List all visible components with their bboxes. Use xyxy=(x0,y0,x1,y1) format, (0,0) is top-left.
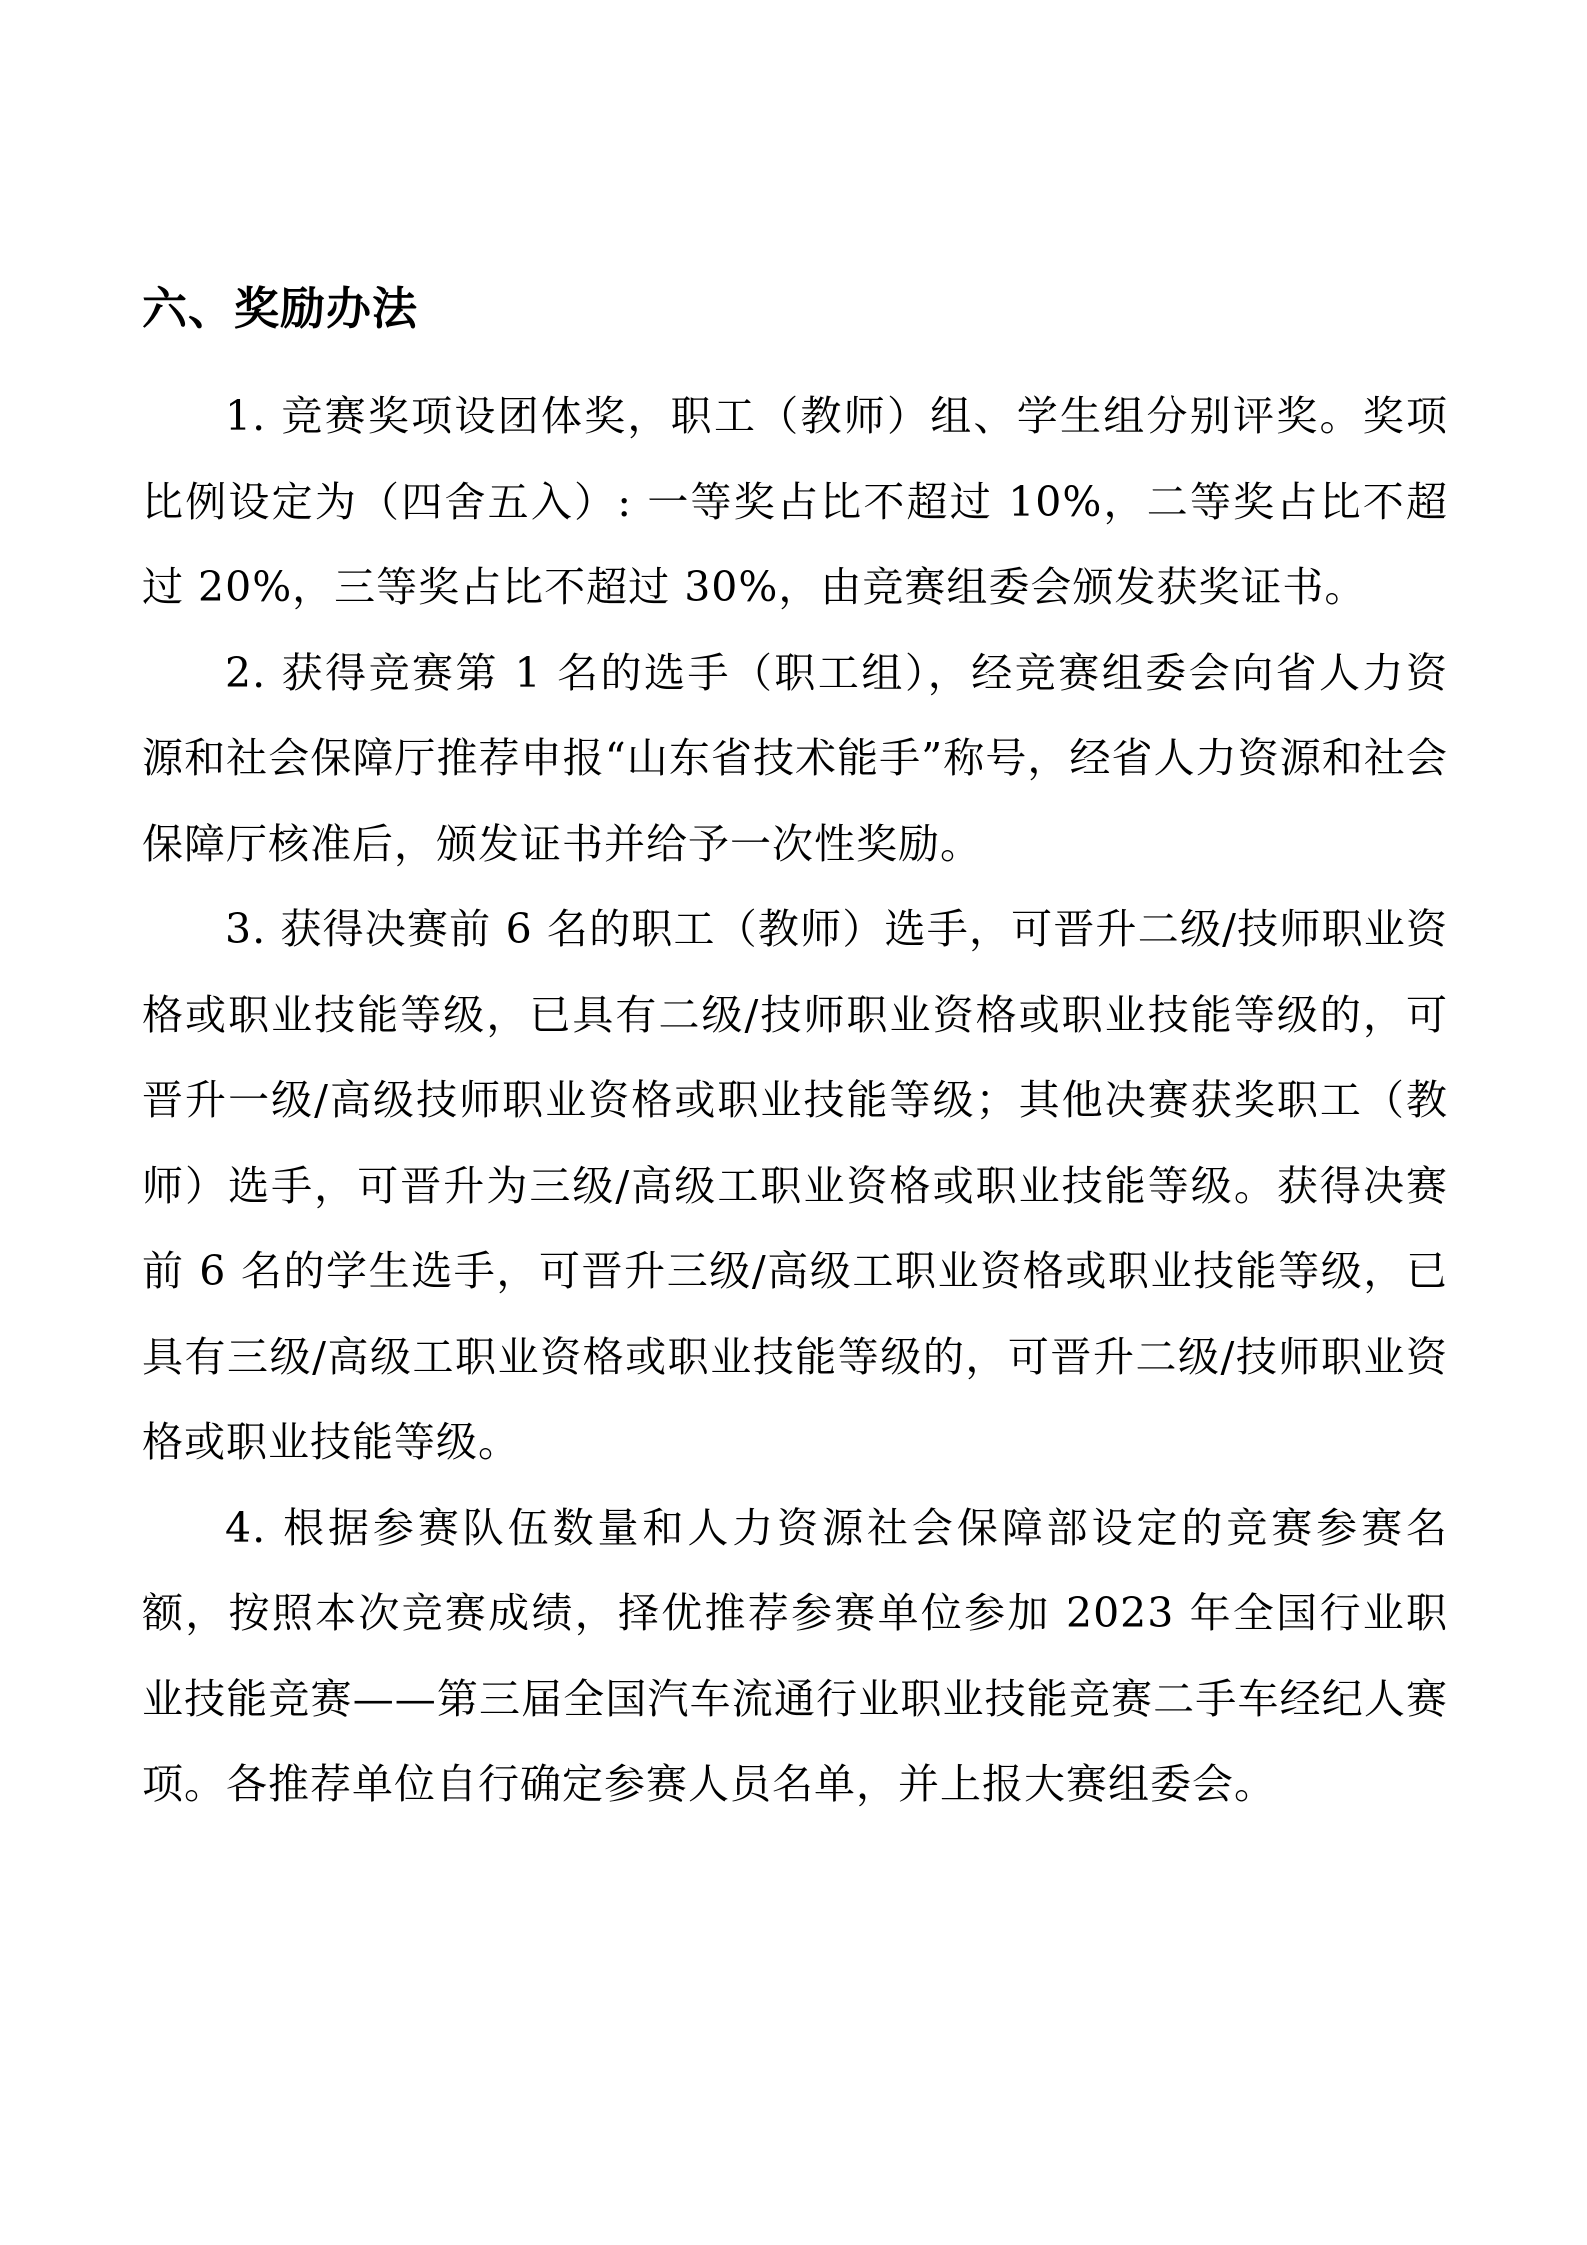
paragraph-national-competition-quota: 4. 根据参赛队伍数量和人力资源社会保障部设定的竞赛参赛名额，按照本次竞赛成绩，… xyxy=(142,1486,1448,1828)
paragraph-first-place-title: 2. 获得竞赛第 1 名的选手（职工组），经竞赛组委会向省人力资源和社会保障厅推… xyxy=(142,631,1448,888)
document-content: 六、奖励办法 1. 竞赛奖项设团体奖，职工（教师）组、学生组分别评奖。奖项比例设… xyxy=(142,278,1448,1828)
paragraph-skill-level-promotion: 3. 获得决赛前 6 名的职工（教师）选手，可晋升二级/技师职业资格或职业技能等… xyxy=(142,887,1448,1486)
section-heading: 六、奖励办法 xyxy=(142,278,1448,340)
paragraph-awards-overview: 1. 竞赛奖项设团体奖，职工（教师）组、学生组分别评奖。奖项比例设定为（四舍五入… xyxy=(142,374,1448,631)
document-page: 六、奖励办法 1. 竞赛奖项设团体奖，职工（教师）组、学生组分别评奖。奖项比例设… xyxy=(0,0,1587,2245)
